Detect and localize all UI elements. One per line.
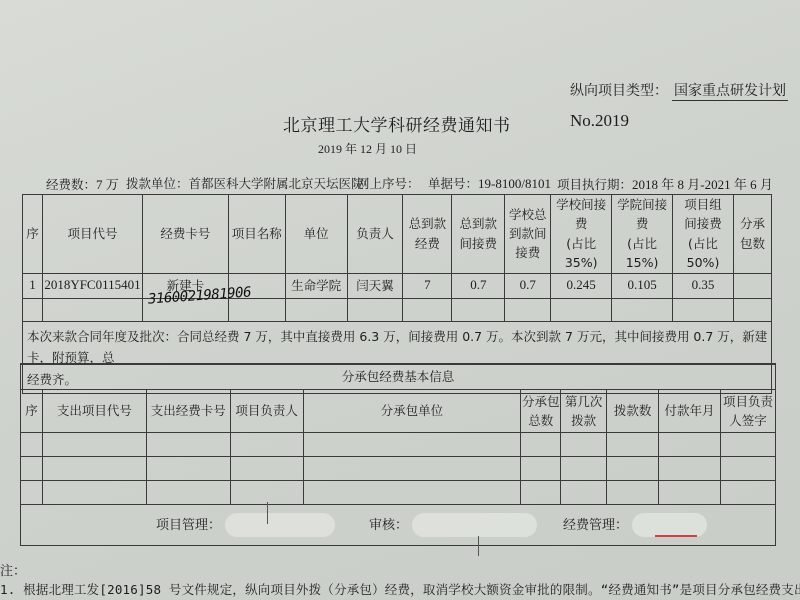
funding-table-header-text: (占比 50%) [673,234,733,273]
subcontract-cell [230,457,303,481]
funding-table-header-cell: 负责人 [347,195,403,274]
subcontract-cell [42,481,146,505]
notes-item-1: 1. 根据北理工发[2016]58 号文件规定，纵向项目外拨（分承包）经费，取消… [0,580,800,598]
subcontract-table-header-text: 序 [21,401,42,420]
subcontract-cell [42,433,146,457]
funding-table-header-text: 学校间接费 [551,195,611,234]
subcontract-table-header-text: 支出项目代号 [43,401,146,420]
subcontract-table-header-text: 项目负责 [721,392,775,411]
payer-value: 首都医科大学附属北京天坛医院 [189,176,364,191]
redacted-project-management-signature [225,513,335,537]
subcontract-cell [303,457,521,481]
table-row-blank [23,298,772,321]
project-type-value: 国家重点研发计划 [672,83,788,101]
subcontract-table-header-cell: 付款年月 [659,390,721,433]
funding-table-header-cell: 单位 [285,195,347,274]
subcontract-table: 分承包经费基本信息 序支出项目代号支出经费卡号项目负责人分承包单位分承包总数第几… [20,363,776,546]
funding-table-header-cell: 学校间接费(占比 35%) [551,195,612,274]
subcontract-cell [721,433,776,457]
funding-label: 经费数： [46,177,96,192]
redacted-audit-signature [412,513,537,537]
subcontract-cell [607,457,659,481]
funding-table-header-cell: 学校总到款间接费 [505,195,551,274]
subcontract-cell [230,433,303,457]
subcontract-cell [659,433,721,457]
subcontract-cell [607,481,659,505]
subcontract-section-row: 分承包经费基本信息 [21,364,776,390]
subcontract-table-header-cell: 支出经费卡号 [146,390,230,433]
subcontract-table-header-text: 项目负责人 [231,401,303,420]
funding-table-header-text: 经费 [403,234,451,253]
funding-value: 7 万 [96,177,119,192]
period-label: 项目执行期： [557,177,632,192]
subcontract-row [21,433,776,457]
funding-table-header-cell: 项目代号 [42,195,142,274]
funding-table-header-text: (占比 35%) [551,234,611,273]
funding-table-header-cell: 项目组间接费(占比 50%) [673,195,734,274]
subcontract-row [21,481,776,505]
funding-table-header-text: 到款间 [505,224,550,243]
cell-subcontract-count [733,273,771,298]
subcontract-cell [146,457,230,481]
funding-table-header-text: 序 [23,224,42,243]
subcontract-cell [146,481,230,505]
audit-label: 审核： [369,518,408,533]
pen-stroke [267,502,268,524]
subcontract-cell [21,433,43,457]
subcontract-table-header-cell: 项目负责人 [230,390,303,433]
subcontract-table-header-cell: 支出项目代号 [42,390,146,433]
funding-table-header-text: 项目组 [673,195,733,214]
subcontract-table-header-text: 总数 [521,411,560,430]
subcontract-section-title: 分承包经费基本信息 [21,364,776,390]
online-number: 网上序号： [357,174,420,192]
funding-table-header-text: 项目代号 [43,224,142,243]
subcontract-cell [521,433,561,457]
voucher-number: 单据号：19-8100/8101 [428,174,551,192]
cell-unit: 生命学院 [285,273,347,298]
funding-table-header-text: 单位 [286,224,347,243]
funding-table-header-text: 包数 [734,234,771,253]
funding-table-header-text: 接费 [505,243,550,262]
cell-school-total-indirect: 0.7 [505,273,551,298]
subcontract-table-header-cell: 分承包单位 [303,390,521,433]
cell-school-indirect: 0.245 [551,273,612,298]
signature-row: 项目管理： 审核： 经费管理： [21,505,776,546]
subcontract-table-header: 序支出项目代号支出经费卡号项目负责人分承包单位分承包总数第几次拨款拨款数付款年月… [21,390,776,433]
funding-table-header-text: 学院间接费 [612,195,672,234]
funding-notice-document: 纵向项目类型：国家重点研发计划 北京理工大学科研经费通知书 No.2019 20… [0,0,800,600]
document-title: 北京理工大学科研经费通知书 [283,111,511,136]
funding-amount: 经费数：7 万 [46,174,119,193]
project-management-label: 项目管理： [156,518,221,533]
subcontract-cell [561,481,607,505]
funding-table-header-text: 间接费 [452,234,504,253]
funding-table-header-cell: 总到款间接费 [452,195,505,274]
voucher-label: 单据号： [428,176,478,191]
document-number: No.2019 [570,111,629,131]
subcontract-cell [659,481,721,505]
funding-table-header-cell: 总到款经费 [403,195,452,274]
cell-total-funding: 7 [403,273,452,298]
voucher-value: 19-8100/8101 [478,176,551,191]
funding-table-header-text: 负责人 [348,224,403,243]
redacted-finance-signature [632,513,707,537]
funding-table-header-cell: 学院间接费(占比 15%) [612,195,673,274]
funding-table-header-text: 分承 [734,214,771,233]
subcontract-cell [230,481,303,505]
subcontract-cell [303,433,521,457]
subcontract-cell [21,481,43,505]
project-type-label: 纵向项目类型： [570,83,668,99]
subcontract-table-header-cell: 分承包总数 [521,390,561,433]
funding-table-header-cell: 序 [23,195,43,274]
funding-table-header-text: 学校总 [505,205,550,224]
table-row: 1 2018YFC0115401 新建卡 生命学院 闫天翼 7 0.7 0.7 … [23,273,772,298]
subcontract-row [21,457,776,481]
payer: 拨款单位：首都医科大学附属北京天坛医院 [126,174,364,192]
project-type: 纵向项目类型：国家重点研发计划 [570,80,788,100]
subcontract-table-header-text: 拨款数 [607,401,658,420]
subcontract-cell [521,457,561,481]
finance-management-label: 经费管理： [563,518,628,533]
signature-cell: 项目管理： 审核： 经费管理： [21,505,776,546]
funding-table-header-cell: 经费卡号 [142,195,228,274]
red-pen-mark [655,535,697,537]
funding-table-header-text: 总到款 [452,214,504,233]
subcontract-table-header-text: 分承包 [521,392,560,411]
cell-seq: 1 [23,273,43,298]
subcontract-cell [721,481,776,505]
cell-college-indirect: 0.105 [612,273,673,298]
cell-leader: 闫天翼 [347,273,403,298]
funding-table-header-text: 经费卡号 [143,224,228,243]
subcontract-table-header-text: 第几次 [561,392,606,411]
funding-table-header-cell: 项目名称 [228,195,285,274]
funding-table-header-text: (占比 15%) [612,234,672,273]
subcontract-cell [607,433,659,457]
subcontract-cell [146,433,230,457]
subcontract-table-header-text: 付款年月 [659,401,720,420]
subcontract-table-header-cell: 第几次拨款 [561,390,607,433]
subcontract-cell [721,457,776,481]
funding-table-header-text: 总到款 [403,214,451,233]
subcontract-table-header-text: 分承包单位 [304,401,521,420]
funding-table-header-text: 间接费 [673,214,733,233]
subcontract-table-header-cell: 拨款数 [607,390,659,433]
subcontract-table-header-text: 拨款 [561,411,606,430]
subcontract-cell [521,481,561,505]
funding-table-header-cell: 分承包数 [733,195,771,274]
subcontract-table-header-text: 支出经费卡号 [147,401,230,420]
notes-heading: 注： [0,560,26,579]
payer-label: 拨款单位： [126,176,189,191]
cell-project-code: 2018YFC0115401 [42,273,142,298]
subcontract-cell [561,457,607,481]
funding-table-header: 序项目代号经费卡号项目名称单位负责人总到款经费总到款间接费学校总到款间接费学校间… [23,195,772,274]
subcontract-cell [21,457,43,481]
period-value: 2018 年 8 月-2021 年 6 月 [632,177,773,192]
pen-stroke [478,536,479,556]
subcontract-table-header-text: 人签字 [721,411,775,430]
subcontract-table-header-cell: 序 [21,390,43,433]
online-number-label: 网上序号： [357,176,420,191]
subcontract-cell [561,433,607,457]
document-date: 2019 年 12 月 10 日 [318,140,417,157]
cell-total-indirect: 0.7 [452,273,505,298]
subcontract-table-header-cell: 项目负责人签字 [721,390,776,433]
subcontract-cell [659,457,721,481]
funding-table-header-text: 项目名称 [229,224,285,243]
cell-group-indirect: 0.35 [673,273,734,298]
subcontract-cell [303,481,521,505]
subcontract-cell [42,457,146,481]
execution-period: 项目执行期：2018 年 8 月-2021 年 6 月 [557,174,773,193]
